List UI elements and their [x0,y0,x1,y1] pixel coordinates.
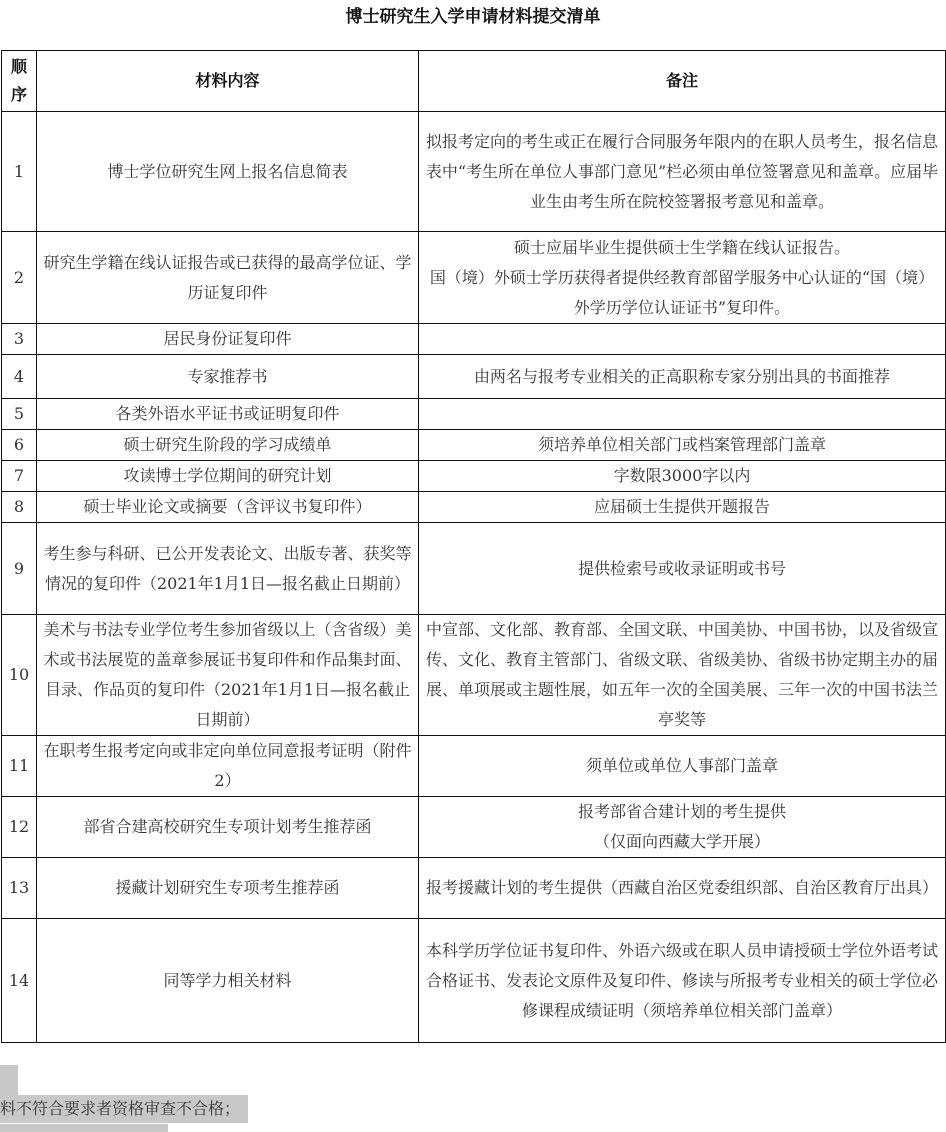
header-seq-line2: 序 [11,85,27,104]
row-content: 考生参与科研、已公开发表论文、出版专著、获奖等情况的复印件（2021年1月1日—… [37,523,419,615]
row-seq: 7 [2,461,37,492]
highlight-block [0,1065,18,1095]
row-remarks: 拟报考定向的考生或正在履行合同服务年限内的在职人员考生，报名信息表中“考生所在单… [419,112,946,232]
row-remarks: 硕士应届毕业生提供硕士生学籍在线认证报告。 国（境）外硕士学历获得者提供经教育部… [419,232,946,324]
header-content: 材料内容 [37,51,419,112]
table-row: 14 同等学力相关材料 本科学历学位证书复印件、外语六级或在职人员申请授硕士学位… [2,919,946,1043]
row-content: 硕士毕业论文或摘要（含评议书复印件） [37,492,419,523]
table-row: 9 考生参与科研、已公开发表论文、出版专著、获奖等情况的复印件（2021年1月1… [2,523,946,615]
row-seq: 10 [2,615,37,736]
row-remarks: 中宣部、文化部、教育部、全国文联、中国美协、中国书协，以及省级宣传、文化、教育主… [419,615,946,736]
row-content: 专家推荐书 [37,355,419,399]
table-row: 7 攻读博士学位期间的研究计划 字数限3000字以内 [2,461,946,492]
row-content: 居民身份证复印件 [37,324,419,355]
table-row: 11 在职考生报考定向或非定向单位同意报考证明（附件2） 须单位或单位人事部门盖… [2,736,946,797]
row-seq: 12 [2,797,37,858]
row-seq: 8 [2,492,37,523]
row-remarks [419,324,946,355]
table-row: 8 硕士毕业论文或摘要（含评议书复印件） 应届硕士生提供开题报告 [2,492,946,523]
row-remarks: 应届硕士生提供开题报告 [419,492,946,523]
table-row: 4 专家推荐书 由两名与报考专业相关的正高职称专家分别出具的书面推荐 [2,355,946,399]
row-content: 博士学位研究生网上报名信息简表 [37,112,419,232]
row-remarks: 提供检索号或收录证明或书号 [419,523,946,615]
table-row: 10 美术与书法专业学位考生参加省级以上（含省级）美术或书法展览的盖章参展证书复… [2,615,946,736]
table-row: 12 部省合建高校研究生专项计划考生推荐函 报考部省合建计划的考生提供 （仅面向… [2,797,946,858]
row-remarks-line: 报考部省合建计划的考生提供 [578,802,786,821]
row-seq: 9 [2,523,37,615]
row-remarks: 须培养单位相关部门或档案管理部门盖章 [419,430,946,461]
header-remarks: 备注 [419,51,946,112]
table-row: 3 居民身份证复印件 [2,324,946,355]
row-seq: 11 [2,736,37,797]
row-content: 同等学力相关材料 [37,919,419,1043]
footnote-line: 料不符合要求者资格审查不合格； [0,1095,248,1123]
footnote-line-cut [0,1124,168,1132]
row-content: 在职考生报考定向或非定向单位同意报考证明（附件2） [37,736,419,797]
row-remarks: 报考部省合建计划的考生提供 （仅面向西藏大学开展） [419,797,946,858]
header-seq-line1: 顺 [11,57,27,76]
row-remarks: 本科学历学位证书复印件、外语六级或在职人员申请授硕士学位外语考试合格证书、发表论… [419,919,946,1043]
row-remarks: 字数限3000字以内 [419,461,946,492]
table-row: 6 硕士研究生阶段的学习成绩单 须培养单位相关部门或档案管理部门盖章 [2,430,946,461]
table-header-row: 顺 序 材料内容 备注 [2,51,946,112]
row-remarks [419,399,946,430]
row-content: 美术与书法专业学位考生参加省级以上（含省级）美术或书法展览的盖章参展证书复印件和… [37,615,419,736]
row-remarks-line: （仅面向西藏大学开展） [594,832,770,851]
document-title: 博士研究生入学申请材料提交清单 [0,2,946,27]
row-content: 各类外语水平证书或证明复印件 [37,399,419,430]
header-seq: 顺 序 [2,51,37,112]
row-remarks: 由两名与报考专业相关的正高职称专家分别出具的书面推荐 [419,355,946,399]
table-row: 1 博士学位研究生网上报名信息简表 拟报考定向的考生或正在履行合同服务年限内的在… [2,112,946,232]
row-seq: 6 [2,430,37,461]
row-seq: 4 [2,355,37,399]
row-content: 部省合建高校研究生专项计划考生推荐函 [37,797,419,858]
table-row: 13 援藏计划研究生专项考生推荐函 报考援藏计划的考生提供（西藏自治区党委组织部… [2,858,946,919]
row-seq: 14 [2,919,37,1043]
row-content: 研究生学籍在线认证报告或已获得的最高学位证、学历证复印件 [37,232,419,324]
row-remarks: 报考援藏计划的考生提供（西藏自治区党委组织部、自治区教育厅出具） [419,858,946,919]
row-seq: 2 [2,232,37,324]
row-content: 援藏计划研究生专项考生推荐函 [37,858,419,919]
row-seq: 3 [2,324,37,355]
row-seq: 13 [2,858,37,919]
table-row: 2 研究生学籍在线认证报告或已获得的最高学位证、学历证复印件 硕士应届毕业生提供… [2,232,946,324]
table-row: 5 各类外语水平证书或证明复印件 [2,399,946,430]
row-content: 硕士研究生阶段的学习成绩单 [37,430,419,461]
row-remarks-line: 国（境）外硕士学历获得者提供经教育部留学服务中心认证的“国（境）外学历学位认证证… [430,268,934,317]
row-seq: 1 [2,112,37,232]
row-remarks: 须单位或单位人事部门盖章 [419,736,946,797]
row-seq: 5 [2,399,37,430]
row-content: 攻读博士学位期间的研究计划 [37,461,419,492]
materials-table: 顺 序 材料内容 备注 1 博士学位研究生网上报名信息简表 拟报考定向的考生或正… [1,50,946,1043]
row-remarks-line: 硕士应届毕业生提供硕士生学籍在线认证报告。 [514,238,850,257]
